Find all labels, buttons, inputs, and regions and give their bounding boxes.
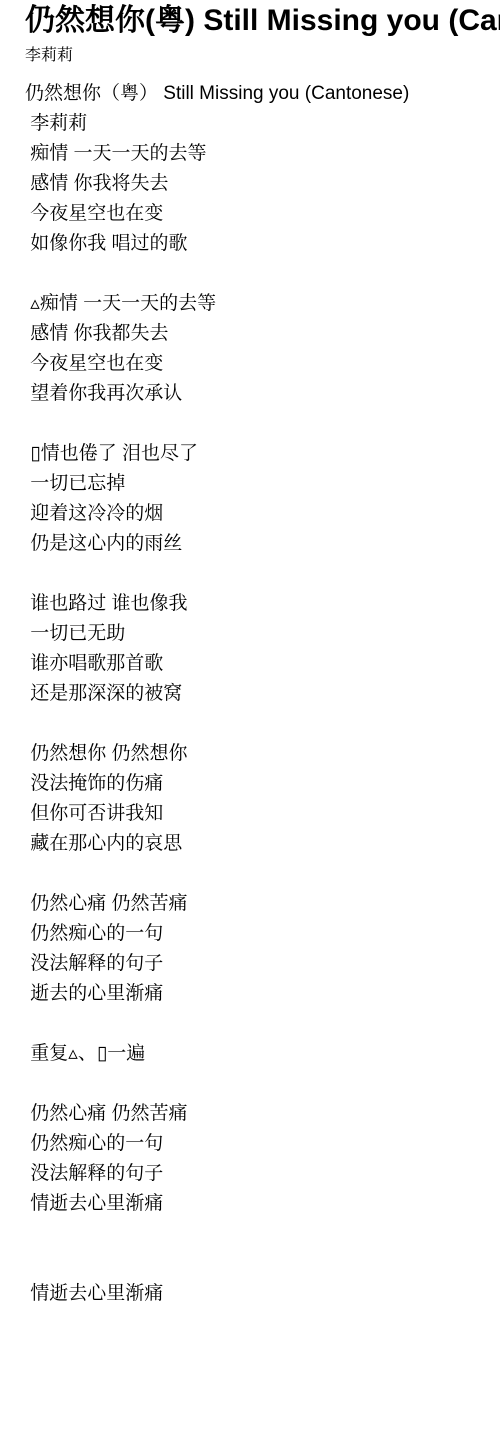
lyrics-page: 仍然想你(粤) Still Missing you (Cantonese) 李莉… xyxy=(0,0,500,1450)
lyric-line xyxy=(25,1249,500,1279)
lyric-line: 重复▵、▯一遍 xyxy=(25,1039,500,1069)
lyric-line: 逝去的心里渐痛 xyxy=(25,979,500,1009)
lyric-line: 但你可否讲我知 xyxy=(25,799,500,829)
lyric-line: 藏在那心内的哀思 xyxy=(25,829,500,859)
lyric-line: 一切已无助 xyxy=(25,619,500,649)
lyric-line xyxy=(25,1009,500,1039)
lyric-line: 没法解释的句子 xyxy=(25,1159,500,1189)
lyric-line xyxy=(25,1219,500,1249)
lyric-line: 还是那深深的被窝 xyxy=(25,679,500,709)
artist-name: 李莉莉 xyxy=(25,46,500,65)
lyrics-block: 仍然想你（粤） Still Missing you (Cantonese) 李莉… xyxy=(25,79,500,1309)
lyric-line: 仍是这心内的雨丝 xyxy=(25,529,500,559)
lyric-line: 仍然痴心的一句 xyxy=(25,919,500,949)
lyric-line xyxy=(25,259,500,289)
lyric-line: ▯情也倦了 泪也尽了 xyxy=(25,439,500,469)
lyric-line: 仍然心痛 仍然苦痛 xyxy=(25,1099,500,1129)
lyric-line xyxy=(25,709,500,739)
lyric-line: 仍然痴心的一句 xyxy=(25,1129,500,1159)
lyric-line: 没法掩饰的伤痛 xyxy=(25,769,500,799)
lyric-line xyxy=(25,859,500,889)
lyric-line: 今夜星空也在变 xyxy=(25,199,500,229)
lyric-line: 仍然想你 仍然想你 xyxy=(25,739,500,769)
lyric-line: 仍然心痛 仍然苦痛 xyxy=(25,889,500,919)
lyric-line: 谁亦唱歌那首歌 xyxy=(25,649,500,679)
lyric-line: 谁也路过 谁也像我 xyxy=(25,589,500,619)
lyric-line: 感情 你我将失去 xyxy=(25,169,500,199)
lyric-line xyxy=(25,409,500,439)
lyric-line xyxy=(25,1069,500,1099)
lyric-line: ▵痴情 一天一天的去等 xyxy=(25,289,500,319)
lyric-line: 迎着这冷冷的烟 xyxy=(25,499,500,529)
lyric-line: 如像你我 唱过的歌 xyxy=(25,229,500,259)
lyric-line: 痴情 一天一天的去等 xyxy=(25,139,500,169)
lyric-line: 情逝去心里渐痛 xyxy=(25,1279,500,1309)
lyric-line: 感情 你我都失去 xyxy=(25,319,500,349)
lyric-line xyxy=(25,559,500,589)
page-title: 仍然想你(粤) Still Missing you (Cantonese) xyxy=(25,4,500,37)
lyric-line: 今夜星空也在变 xyxy=(25,349,500,379)
lyric-line: 一切已忘掉 xyxy=(25,469,500,499)
lyric-line: 仍然想你（粤） Still Missing you (Cantonese) xyxy=(25,79,500,109)
lyric-line: 李莉莉 xyxy=(25,109,500,139)
lyric-line: 情逝去心里渐痛 xyxy=(25,1189,500,1219)
lyric-line: 没法解释的句子 xyxy=(25,949,500,979)
lyric-line: 望着你我再次承认 xyxy=(25,379,500,409)
